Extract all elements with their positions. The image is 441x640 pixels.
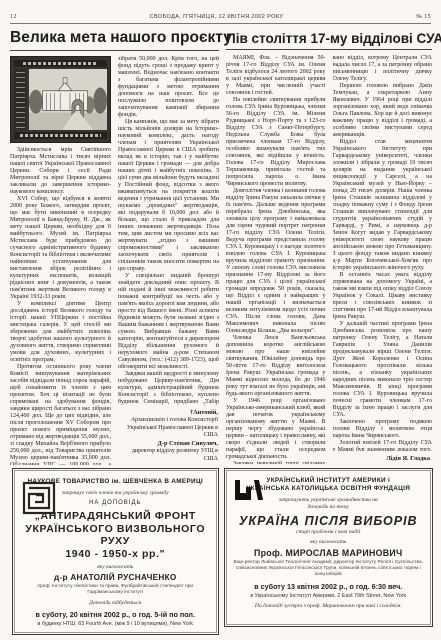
photo-legend-strip bbox=[14, 69, 27, 130]
ad-ntsh-held: Доповідь відбудеться bbox=[21, 600, 210, 606]
uia-logo-icon bbox=[233, 478, 263, 507]
signature-role-1: Архиєпископ і голова Консисторії Українс… bbox=[127, 417, 218, 438]
articles-area: Велика мета нашого проєкту bbox=[10, 27, 432, 465]
article-right-columns: МАЯМІ, Фла. – Відзначення 50-річчя 17-го… bbox=[226, 55, 432, 464]
ad-uia-note: По доповіді зустріч з проф. Мариновичем … bbox=[233, 603, 424, 609]
article-left-column-2: зібрати 50,000 дол. Крім того, на цей фо… bbox=[118, 56, 219, 465]
article-left-columns: Здійснюється мрія Святійшого Патріярха М… bbox=[10, 56, 219, 465]
ad-uia-speaker: Проф. МИРОСЛАВ МАРИНОВИЧ bbox=[233, 548, 424, 558]
ad-ntsh: НАУКОВЕ ТОВАРИСТВО ім. ШЕВЧЕНКА В АМЕРИЦ… bbox=[12, 468, 219, 635]
ad-uia-who: яку виголосить bbox=[233, 539, 424, 545]
article-left-col2-text: зібрати 50,000 дол. Крім того, на цей фо… bbox=[118, 56, 219, 406]
ad-ntsh-who: яку виголосить bbox=[21, 564, 210, 570]
article-left-col1-text: Здійснюється мрія Святійшого Патріярха М… bbox=[10, 147, 111, 465]
article-left-signature: †Антоній, Архиєпископ і голова Консистор… bbox=[118, 406, 219, 466]
article-right: Пів століття 17-му відділові СУА МАЯМІ, … bbox=[226, 27, 432, 465]
ad-uia-title: УКРАЇНА ПІСЛЯ ВИБОРІВ bbox=[233, 514, 424, 528]
ad-uia-speaker-desc: Віце-ректор Львівської Теологічної Акаде… bbox=[233, 560, 424, 578]
article-right-headline: Пів століття 17-му відділові СУА bbox=[226, 29, 432, 50]
article-left-headline: Велика мета нашого проєкту bbox=[10, 29, 219, 51]
article-right-column-2: вано відділ, котрому Централя СУА надала… bbox=[333, 55, 433, 464]
photo-illustration bbox=[29, 69, 107, 130]
article-left-column-1: Здійснюється мрія Святійшого Патріярха М… bbox=[10, 56, 111, 465]
ad-uia-where: в Українському Інституті Америки, 2 East… bbox=[233, 593, 424, 599]
article-right-column-1: МАЯМІ, Фла. – Відзначення 50-річчя 17-го… bbox=[226, 55, 326, 464]
ntsh-logo-icon bbox=[22, 481, 56, 520]
article-photo bbox=[10, 56, 111, 143]
newspaper-page: 12 СВОБОДА, П'ЯТНИЦЯ, 12 КВІТНЯ 2002 РОК… bbox=[0, 0, 441, 640]
photo-caption-bottom bbox=[14, 132, 107, 139]
article-left: Велика мета нашого проєкту bbox=[10, 27, 219, 465]
ads-row: НАУКОВЕ ТОВАРИСТВО ім. ШЕВЧЕНКА В АМЕРИЦ… bbox=[12, 468, 433, 635]
article-right-byline: Лідія Я. Гладка bbox=[333, 451, 433, 464]
ad-uia: УКРАЇНСЬКИЙ ІНСТИТУТ АМЕРИКИ і УКРАЇНСЬК… bbox=[224, 468, 433, 627]
ad-uia-when: в суботу 13 квітня 2002 р., о год. 6:30 … bbox=[233, 582, 424, 591]
issue-number: № 15 bbox=[416, 14, 431, 20]
ad-ntsh-speaker-desc: проф. Інституту лінгвістики та права, Фу… bbox=[21, 584, 210, 596]
masthead-title: СВОБОДА, П'ЯТНИЦЯ, 12 КВІТНЯ 2002 РОКУ bbox=[150, 14, 284, 20]
article-right-col2-text: вано відділ, котрому Централя СУА надала… bbox=[333, 55, 433, 451]
ad-ntsh-when: в суботу, 20 квітня 2002 р., о год. 5-ій… bbox=[21, 610, 210, 619]
article-right-col1-text: МАЯМІ, Фла. – Відзначення 50-річчя 17-го… bbox=[226, 55, 326, 464]
signature-name-1: †Антоній, bbox=[190, 409, 218, 416]
ad-ntsh-speaker: д-р АНАТОЛІЙ РУСНАЧЕНКО bbox=[21, 573, 210, 582]
ad-ntsh-where: в будинку НТШ: 63 Fourth Ave. (між 9 і 1… bbox=[21, 621, 210, 627]
signature-role-2: директор відділу розвитку УПЦ в США bbox=[132, 448, 218, 462]
ad-uia-subtitle: старі проблеми і нові надії bbox=[233, 529, 424, 535]
masthead: 12 СВОБОДА, П'ЯТНИЦЯ, 12 КВІТНЯ 2002 РОК… bbox=[10, 14, 431, 24]
photo-caption-top bbox=[14, 60, 107, 67]
page-number: 12 bbox=[10, 14, 17, 20]
signature-name-2: Д-р Степан Сивулич, bbox=[158, 440, 218, 447]
